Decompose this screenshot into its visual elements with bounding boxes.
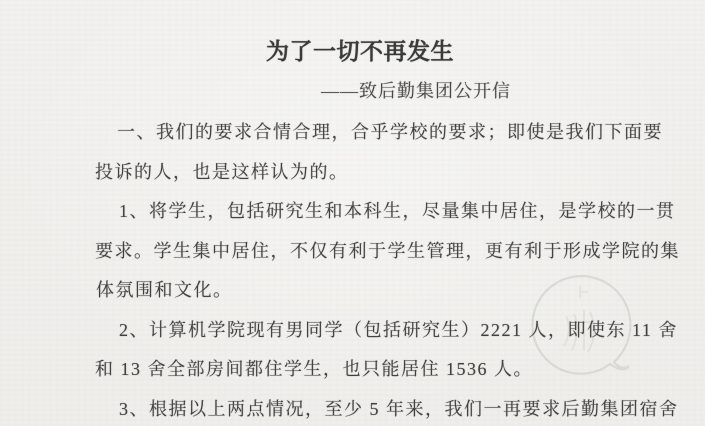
body-line-5: 体氛围和文化。: [96, 276, 233, 302]
body-line-6: 2、计算机学院现有男同学（包括研究生）2221 人，即使东 11 舍: [119, 316, 678, 342]
document-subtitle: ——致后勤集团公开信: [321, 77, 511, 103]
body-line-2: 投诉的人，也是这样认为的。: [95, 158, 349, 184]
document-title: 为了一切不再发生: [266, 33, 454, 66]
body-line-3: 1、将学生，包括研究生和本科生，尽量集中居住，是学校的一贯: [119, 197, 676, 223]
body-line-1: 一、我们的要求合情合理，合乎学校的要求；即使是我们下面要: [117, 118, 663, 144]
scanned-letter-page: 为了一切不再发生 ——致后勤集团公开信 一、我们的要求合情合理，合乎学校的要求；…: [0, 0, 705, 426]
body-line-8: 3、根据以上两点情况，至少 5 年来，我们一再要求后勤集团宿舍: [119, 395, 679, 421]
body-line-7: 和 13 舍全部房间都住学生，也只能居住 1536 人。: [95, 355, 533, 381]
body-line-4: 要求。学生集中居住，不仅有利于学生管理，更有利于形成学院的集: [95, 237, 680, 263]
